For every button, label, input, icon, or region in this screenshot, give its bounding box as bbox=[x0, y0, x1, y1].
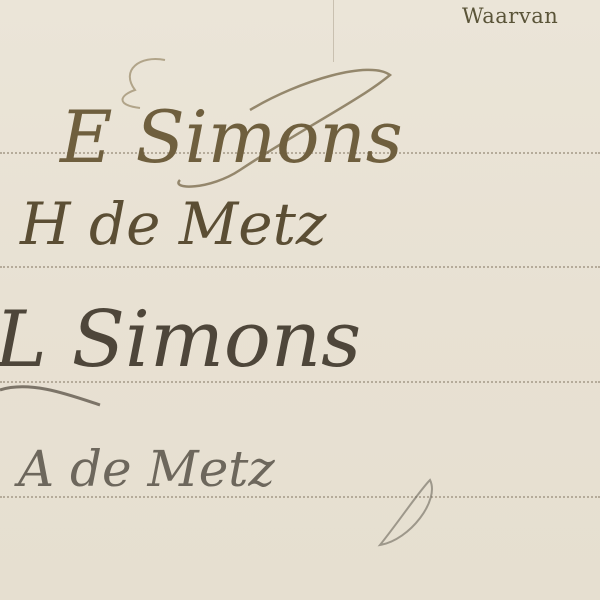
signature-e-simons: E Simons bbox=[60, 95, 403, 179]
document-page: Waarvan E Simons H de Metz L Simons A de… bbox=[0, 0, 600, 600]
signature-a-de-metz: A de Metz bbox=[18, 440, 275, 498]
signature-h-de-metz: H de Metz bbox=[20, 190, 326, 258]
signature-l-simons: L Simons bbox=[0, 295, 361, 385]
